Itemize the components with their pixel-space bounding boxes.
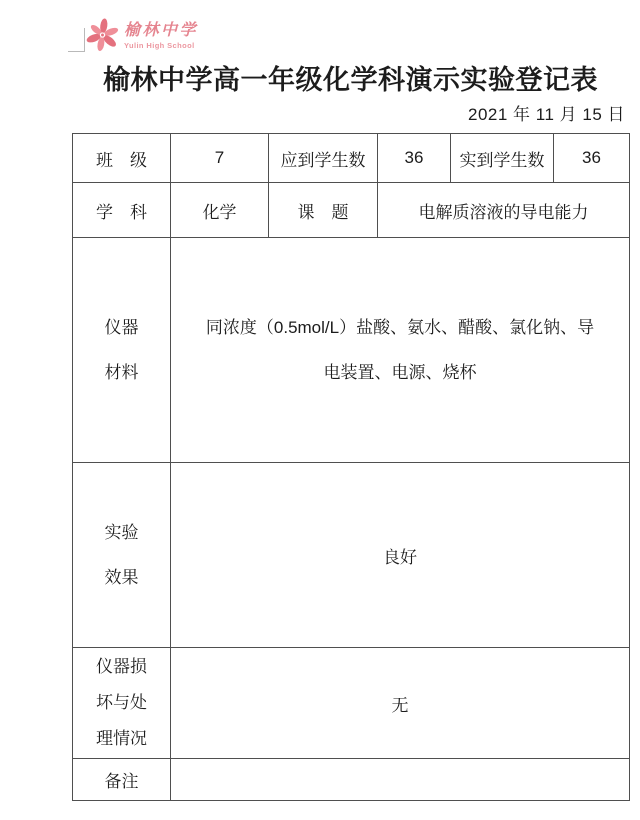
topic-value-cell: 电解质溶液的导电能力 <box>378 183 630 238</box>
effect-label-line: 效果 <box>73 555 170 600</box>
flower-icon <box>86 17 119 53</box>
equipment-label-line: 材料 <box>73 350 170 395</box>
document-date: 2021 年 11 月 15 日 <box>72 100 625 125</box>
equipment-label-cell: 仪器 材料 <box>73 238 171 463</box>
table-row-class-info: 班 级 7 应到学生数 36 实到学生数 36 <box>73 134 630 183</box>
school-name-cn: 榆林中学 <box>124 22 198 39</box>
effect-label-cell: 实验 效果 <box>73 463 171 648</box>
table-row-effect: 实验 效果 良好 <box>73 463 630 648</box>
school-logo: 榆林中学 Yulin High School <box>86 17 198 53</box>
effect-value-cell: 良好 <box>171 463 630 648</box>
table-row-damage: 仪器损 坏与处 理情况 无 <box>73 648 630 759</box>
subject-value-cell: 化学 <box>171 183 269 238</box>
equipment-value-line: 电装置、电源、烧杯 <box>171 350 629 395</box>
equipment-value-line: 同浓度（0.5mol/L）盐酸、氨水、醋酸、氯化钠、导 <box>171 305 629 350</box>
table-row-remark: 备注 <box>73 759 630 801</box>
damage-label-line: 理情况 <box>73 721 170 757</box>
school-name-en: Yulin High School <box>124 41 198 50</box>
experiment-form-table: 班 级 7 应到学生数 36 实到学生数 36 学 科 化学 课 题 电解质溶液… <box>72 133 630 801</box>
damage-value-cell: 无 <box>171 648 630 759</box>
class-value-cell: 7 <box>171 134 269 183</box>
effect-label-line: 实验 <box>73 510 170 555</box>
damage-label-line: 坏与处 <box>73 685 170 721</box>
damage-label-cell: 仪器损 坏与处 理情况 <box>73 648 171 759</box>
actual-students-value-cell: 36 <box>554 134 630 183</box>
equipment-value-cell: 同浓度（0.5mol/L）盐酸、氨水、醋酸、氯化钠、导 电装置、电源、烧杯 <box>171 238 630 463</box>
expected-students-value-cell: 36 <box>378 134 451 183</box>
actual-students-label-cell: 实到学生数 <box>451 134 554 183</box>
table-row-subject-topic: 学 科 化学 课 题 电解质溶液的导电能力 <box>73 183 630 238</box>
subject-label-cell: 学 科 <box>73 183 171 238</box>
topic-label-cell: 课 题 <box>269 183 378 238</box>
equipment-label-line: 仪器 <box>73 305 170 350</box>
class-label-cell: 班 级 <box>73 134 171 183</box>
expected-students-label-cell: 应到学生数 <box>269 134 378 183</box>
damage-label-line: 仪器损 <box>73 649 170 685</box>
school-name-block: 榆林中学 Yulin High School <box>124 17 198 50</box>
page-title: 榆林中学高一年级化学科演示实验登记表 <box>72 58 629 97</box>
remark-value-cell <box>171 759 630 801</box>
remark-label-cell: 备注 <box>73 759 171 801</box>
table-row-equipment: 仪器 材料 同浓度（0.5mol/L）盐酸、氨水、醋酸、氯化钠、导 电装置、电源… <box>73 238 630 463</box>
document-page: { "logo": { "school_name_cn": "榆林中学", "s… <box>0 0 640 820</box>
header-corner-mark <box>68 28 85 52</box>
